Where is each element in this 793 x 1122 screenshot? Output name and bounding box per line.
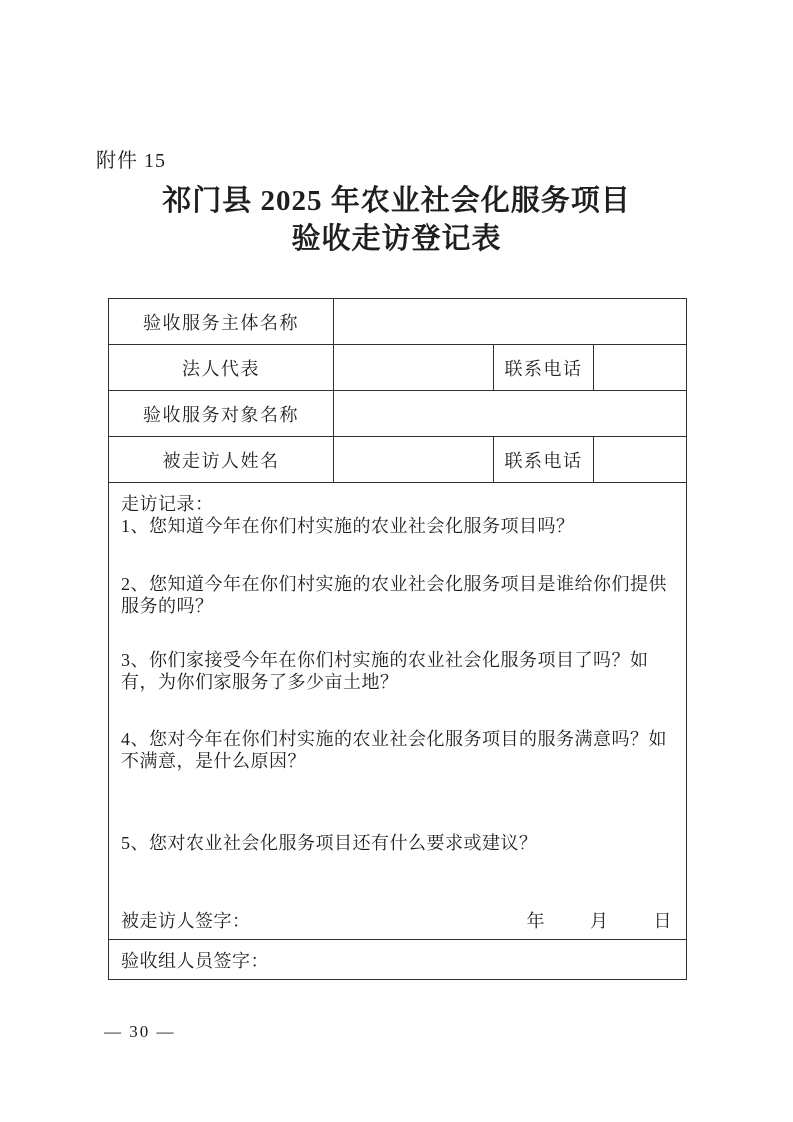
table-row: 验收服务对象名称 [109,391,687,437]
question-1: 1、您知道今年在你们村实施的农业社会化服务项目吗？ [121,515,674,537]
interviewee-signature-label: 被走访人签字： [121,910,251,932]
question-2: 2、您知道今年在你们村实施的农业社会化服务项目是谁给你们提供服务的吗？ [121,573,674,617]
visit-record-cell: 走访记录： 1、您知道今年在你们村实施的农业社会化服务项目吗？ 2、您知道今年在… [109,483,687,940]
question-5: 5、您对农业社会化服务项目还有什么要求或建议？ [121,832,674,854]
page-number: — 30 — [104,1022,176,1042]
registration-form-table: 验收服务主体名称 法人代表 联系电话 验收服务对象名称 被走访人姓名 联系电话 … [108,298,687,980]
attachment-label: 附件 15 [96,144,166,173]
contact-phone-label-1: 联系电话 [494,345,594,391]
service-target-name-label: 验收服务对象名称 [109,391,334,437]
interviewee-signature-row: 被走访人签字： 年 月 日 [121,910,674,932]
month-label: 月 [590,910,609,932]
day-label: 日 [654,910,673,932]
service-target-name-field [334,391,687,437]
question-3: 3、你们家接受今年在你们村实施的农业社会化服务项目了吗？如有，为你们家服务了多少… [121,649,674,693]
contact-phone-label-2: 联系电话 [494,437,594,483]
service-entity-name-label: 验收服务主体名称 [109,299,334,345]
table-row: 法人代表 联系电话 [109,345,687,391]
date-fields: 年 月 日 [527,910,675,932]
question-4: 4、您对今年在你们村实施的农业社会化服务项目的服务满意吗？如不满意，是什么原因？ [121,728,674,772]
acceptance-team-signature-label: 验收组人员签字： [109,940,687,980]
table-row: 验收服务主体名称 [109,299,687,345]
contact-phone-field-1 [594,345,687,391]
year-label: 年 [527,910,546,932]
document-title: 祁门县 2025 年农业社会化服务项目 验收走访登记表 [0,182,793,258]
table-row: 走访记录： 1、您知道今年在你们村实施的农业社会化服务项目吗？ 2、您知道今年在… [109,483,687,940]
interviewee-name-field [334,437,494,483]
title-line-1: 祁门县 2025 年农业社会化服务项目 [0,182,793,220]
service-entity-name-field [334,299,687,345]
interviewee-name-label: 被走访人姓名 [109,437,334,483]
legal-representative-field [334,345,494,391]
table-row: 验收组人员签字： [109,940,687,980]
contact-phone-field-2 [594,437,687,483]
legal-representative-label: 法人代表 [109,345,334,391]
title-line-2: 验收走访登记表 [0,220,793,258]
visit-record-heading: 走访记录： [121,493,674,515]
table-row: 被走访人姓名 联系电话 [109,437,687,483]
